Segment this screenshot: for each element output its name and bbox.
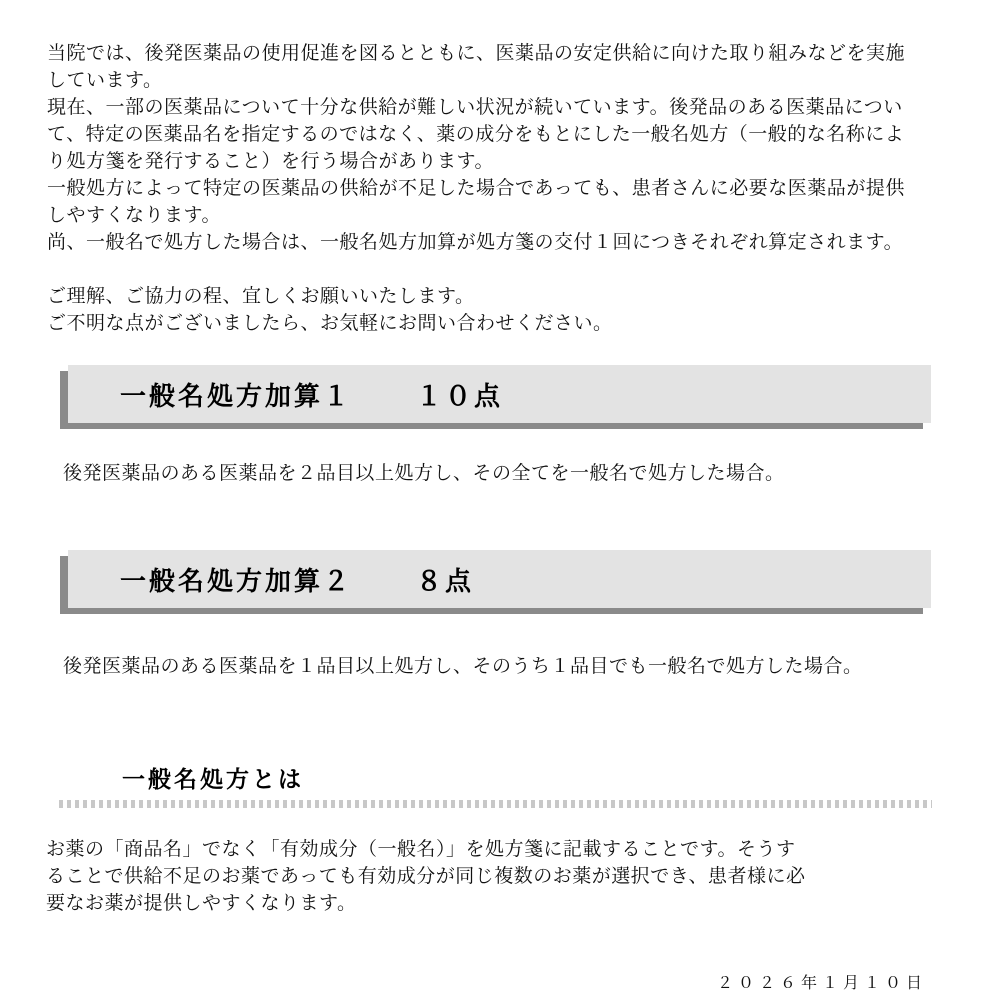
about-section-heading: 一般名処方とは: [122, 761, 304, 794]
dotted-divider: [59, 800, 932, 808]
addition-1-description: 後発医薬品のある医薬品を２品目以上処方し、その全てを一般名で処方した場合。: [63, 460, 973, 487]
addition-2-banner-text: 一般名処方加算２ ８点: [68, 561, 474, 598]
addition-1-banner-text: 一般名処方加算１ １０点: [68, 376, 503, 413]
addition-2-title: 一般名処方加算２: [120, 561, 352, 598]
addition-2-description: 後発医薬品のある医薬品を１品目以上処方し、そのうち１品目でも一般名で処方した場合…: [63, 653, 973, 680]
addition-2-banner: 一般名処方加算２ ８点: [68, 550, 931, 608]
addition-1-points: １０点: [416, 376, 503, 413]
document-date: ２０２６年１月１０日: [717, 970, 927, 993]
about-section-body: お薬の「商品名」でなく「有効成分（一般名）」を処方箋に記載することです。そうす …: [46, 836, 946, 917]
addition-2-points: ８点: [416, 561, 474, 598]
addition-1-banner: 一般名処方加算１ １０点: [68, 365, 931, 423]
intro-paragraph: 当院では、後発医薬品の使用促進を図るとともに、医薬品の安定供給に向けた取り組みな…: [47, 40, 992, 337]
notice-document: 当院では、後発医薬品の使用促進を図るとともに、医薬品の安定供給に向けた取り組みな…: [0, 0, 1000, 1000]
addition-1-title: 一般名処方加算１: [120, 376, 352, 413]
